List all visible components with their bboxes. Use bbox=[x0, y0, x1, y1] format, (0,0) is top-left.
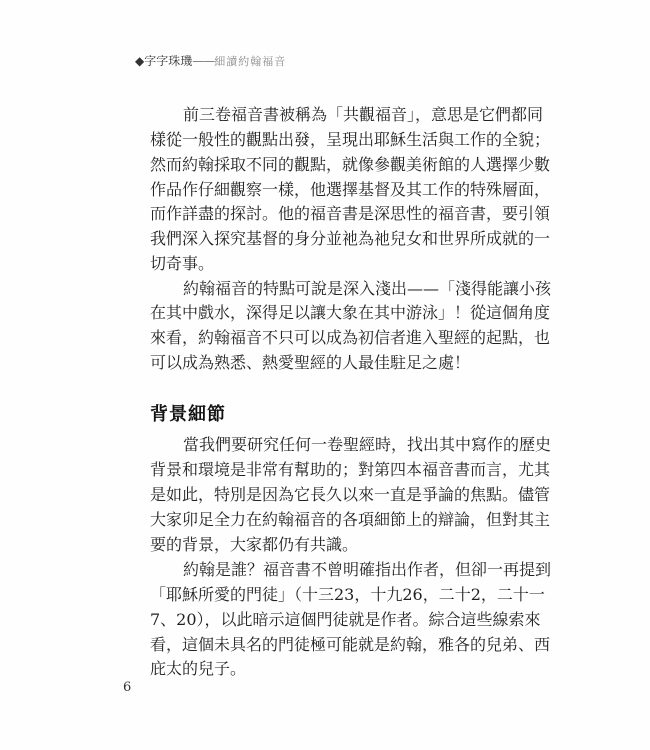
paragraph-1-line-5: 而作詳盡的探討。他的福音書是深思性的福音書，要引領 bbox=[150, 203, 500, 225]
paragraph-1-line-6: 我們深入探究基督的身分並祂為祂兒女和世界所成就的一 bbox=[150, 228, 500, 250]
bullet-diamond-icon: ◆ bbox=[135, 54, 144, 68]
page-number: 6 bbox=[123, 680, 131, 695]
paragraph-1-line-1: 前三卷福音書被稱為「共觀福音」，意思是它們都同 bbox=[183, 104, 500, 126]
section-paragraph-2-line-3: 7、20），以此暗示這個門徒就是作者。綜合這些線索來 bbox=[150, 609, 500, 631]
section-paragraph-1-line-2: 背景和環境是非常有幫助的；對第四本福音書而言，尤其 bbox=[150, 459, 500, 481]
section-paragraph-2-line-4: 看，這個未具名的門徒極可能就是約翰，雅各的兒弟、西 bbox=[150, 634, 500, 656]
paragraph-1-line-3: 然而約翰採取不同的觀點，就像參觀美術館的人選擇少數 bbox=[150, 154, 500, 176]
section-paragraph-1-line-3: 是如此，特別是因為它長久以來一直是爭論的焦點。儘管 bbox=[150, 484, 500, 506]
section-paragraph-2-line-5: 庇太的兒子。 bbox=[150, 658, 500, 680]
paragraph-1-line-4: 作品作仔細觀察一樣，他選擇基督及其工作的特殊層面， bbox=[150, 179, 500, 201]
running-head: ◆字字珠璣——細讀約翰福音 bbox=[135, 52, 286, 71]
paragraph-1-line-2: 樣從一般性的觀點出發，呈現出耶穌生活與工作的全貌； bbox=[150, 129, 500, 151]
book-title: 細讀約翰福音 bbox=[214, 55, 286, 68]
paragraph-2-line-4: 可以成為熟悉、熱愛聖經的人最佳駐足之處！ bbox=[150, 352, 500, 374]
paragraph-1-line-7: 切奇事。 bbox=[150, 253, 500, 275]
series-title: 字字珠璣 bbox=[144, 54, 192, 68]
paragraph-2-line-1: 約翰福音的特點可說是深入淺出——「淺得能讓小孩 bbox=[183, 278, 500, 300]
section-paragraph-1-line-5: 要的背景，大家都仍有共識。 bbox=[150, 534, 500, 556]
section-heading: 背景細節 bbox=[150, 403, 226, 427]
book-page: ◆字字珠璣——細讀約翰福音 前三卷福音書被稱為「共觀福音」，意思是它們都同 樣從… bbox=[0, 0, 650, 750]
paragraph-2-line-3: 來看，約翰福音不只可以成為初信者進入聖經的起點，也 bbox=[150, 327, 500, 349]
section-paragraph-1-line-4: 大家卯足全力在約翰福音的各項細節上的辯論，但對其主 bbox=[150, 509, 500, 531]
section-paragraph-2-line-1: 約翰是誰？福音書不曾明確指出作者，但卻一再提到 bbox=[183, 559, 500, 581]
title-separator: —— bbox=[192, 54, 214, 68]
section-paragraph-1-line-1: 當我們要研究任何一卷聖經時，找出其中寫作的歷史 bbox=[183, 434, 500, 456]
paragraph-2-line-2: 在其中戲水，深得足以讓大象在其中游泳」！從這個角度 bbox=[150, 302, 500, 324]
section-paragraph-2-line-2: 「耶穌所愛的門徒」（十三23，十九26，二十2，二十一 bbox=[150, 584, 500, 606]
